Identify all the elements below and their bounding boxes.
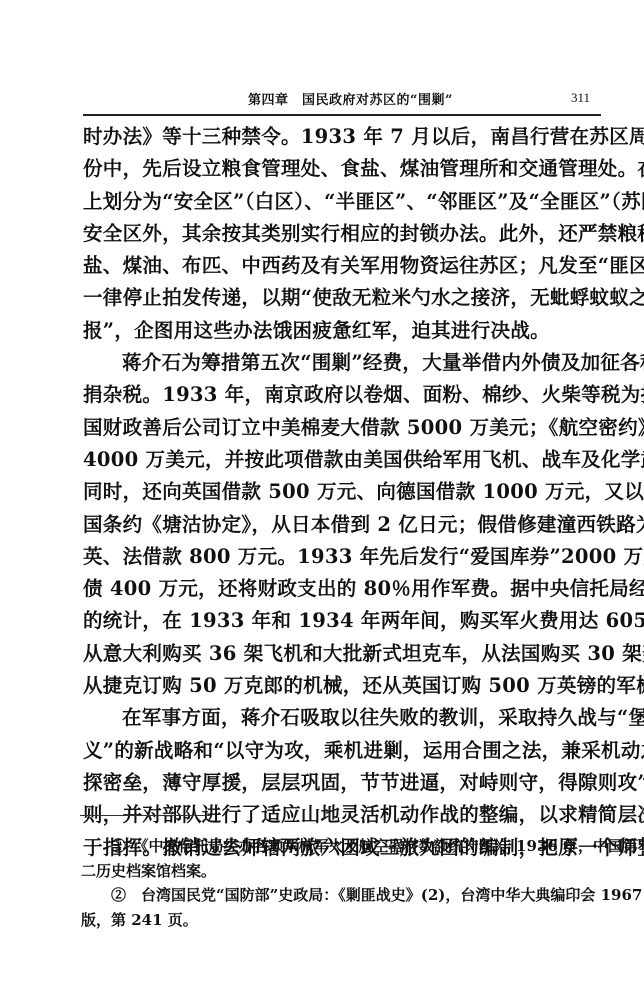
body-text: 时办法》等十三种禁令。1933 年 7 月以后，南昌行营在苏区周围的县 份中，先… [83, 121, 605, 864]
footnote-1-cont: 二历史档案馆档案。 [81, 859, 603, 884]
text-line: 同时，还向英国借款 500 万元、向德国借款 1000 万元，又以签订丧权辱 [83, 476, 605, 508]
footnote-2: ② 台湾国民党“国防部”史政局：《剿匪战史》(2)，台湾中华大典编印会 1967… [81, 883, 603, 908]
text-line: 一律停止拍发传递，以期“使敌无粒米勺水之接济，无蚍蜉蚊蚁之通 [83, 282, 605, 314]
text-line: 时办法》等十三种禁令。1933 年 7 月以后，南昌行营在苏区周围的县 [83, 121, 605, 153]
text-line: 的统计，在 1933 年和 1934 年两年间，购买军火费用达 6059 万余元… [83, 605, 605, 637]
text-line: 4000 万美元，并按此项借款由美国供给军用飞机、战车及化学武器。 [83, 444, 605, 476]
page-number: 311 [571, 90, 590, 106]
footnote-1: ① 《中央信托局经办各项军械军火及航空器材数额统计图》，1936 年，中国第 [81, 834, 603, 859]
text-line: 英、法借款 800 万元。1933 年先后发行“爱国库券”2000 万元，短期公 [83, 541, 605, 573]
text-line: 盐、煤油、布匹、中西药及有关军用物资运往苏区；凡发至“匪区”的邮电 [83, 250, 605, 282]
footnote-2-cont: 版，第 241 页。 [81, 908, 603, 933]
text-line: 义”的新战略和“以守为攻，乘机进剿，运用合围之法，兼采机动之师，远 [83, 735, 605, 767]
text-line: 上划分为“安全区”（白区）、“半匪区”、“邻匪区”及“全匪区”（苏区），除 [83, 186, 605, 218]
text-line: 捐杂税。1933 年，南京政府以卷烟、面粉、棉纱、火柴等税为担保，与美 [83, 379, 605, 411]
text-line: 从意大利购买 36 架飞机和大批新式坦克车，从法国购买 30 架轰炸机， [83, 638, 605, 670]
footnotes: ① 《中央信托局经办各项军械军火及航空器材数额统计图》，1936 年，中国第 二… [81, 834, 603, 932]
footnote-separator [80, 815, 210, 816]
chapter-title: 第四章 国民政府对苏区的“围剿” [248, 89, 453, 108]
text-line: 债 400 万元，还将财政支出的 80％用作军费。据中央信托局经办军火 [83, 573, 605, 605]
paragraph-start: 在军事方面，蒋介石吸取以往失败的教训，采取持久战与“堡垒主 [83, 702, 605, 734]
text-line: 国条约《塘沽协定》，从日本借到 2 亿日元；假借修建潼西铁路为名，向 [83, 509, 605, 541]
header-rule [83, 114, 601, 116]
text-line: 从捷克订购 50 万克郎的机械，还从英国订购 500 万英镑的军械。 [83, 670, 605, 702]
running-header: 第四章 国民政府对苏区的“围剿” 311 [83, 86, 603, 114]
text-line: 国财政善后公司订立中美棉麦大借款 5000 万美元；《航空密约》借款 [83, 412, 605, 444]
paragraph-start: 蒋介石为筹措第五次“围剿”经费，大量举借内外债及加征各种苛 [83, 347, 605, 379]
text-line: 份中，先后设立粮食管理处、食盐、煤油管理所和交通管理处。在地域 [83, 153, 605, 185]
text-line: 报”，企图用这些办法饿困疲惫红军，迫其进行决战。 [83, 315, 605, 347]
text-line: 安全区外，其余按其类别实行相应的封锁办法。此外，还严禁粮秣、食 [83, 218, 605, 250]
text-line: 探密垒，薄守厚援，层层巩固，节节进逼，对峙则守，得隙则攻”②等原 [83, 767, 605, 799]
